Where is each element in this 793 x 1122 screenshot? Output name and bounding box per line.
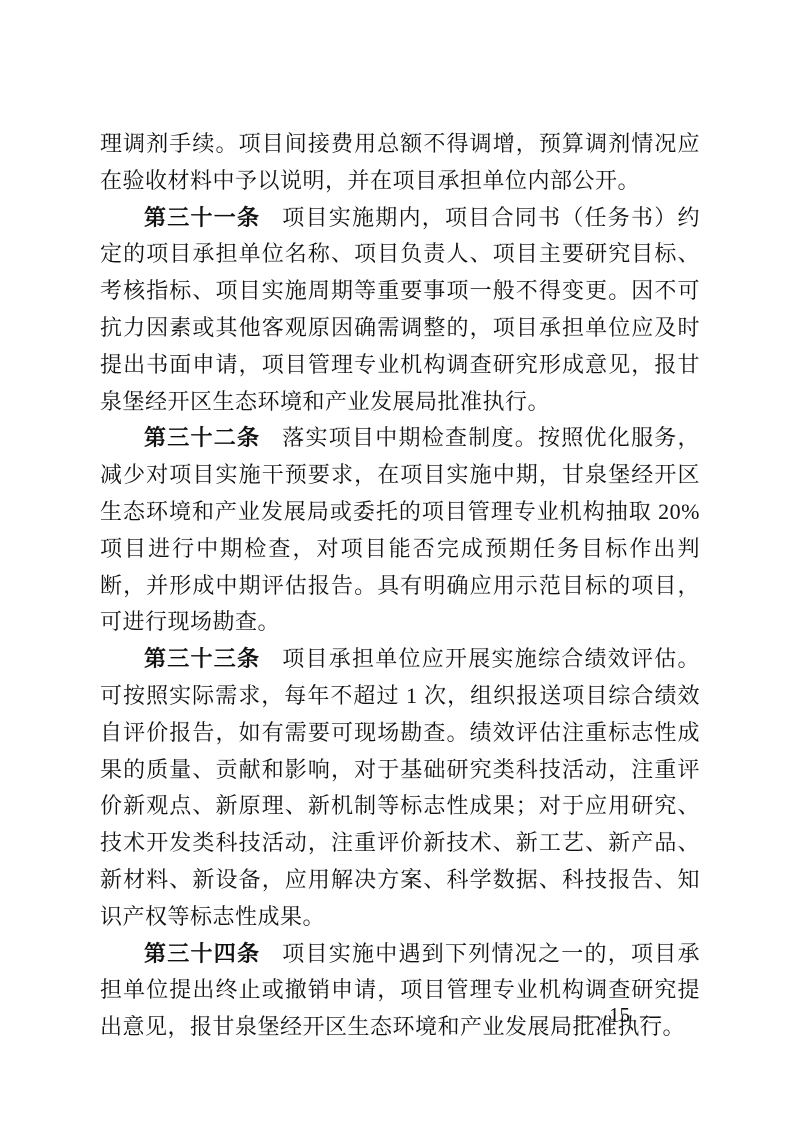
article-number: 第三十一条: [144, 205, 260, 230]
footer-left-dash: —: [578, 1003, 599, 1027]
article-paragraph: 第三十二条落实项目中期检查制度。按照优化服务，减少对项目实施干预要求，在项目实施…: [100, 420, 700, 641]
continuation-paragraph: 理调剂手续。项目间接费用总额不得调增，预算调剂情况应在验收材料中予以说明，并在项…: [100, 126, 700, 200]
article-number: 第三十四条: [144, 941, 260, 966]
document-page: 理调剂手续。项目间接费用总额不得调增，预算调剂情况应在验收材料中予以说明，并在项…: [0, 0, 793, 1122]
paragraph-text: 理调剂手续。项目间接费用总额不得调增，预算调剂情况应在验收材料中予以说明，并在项…: [100, 131, 700, 193]
page-footer: —15—: [568, 1000, 671, 1030]
article-number: 第三十三条: [144, 646, 260, 671]
document-body: 理调剂手续。项目间接费用总额不得调增，预算调剂情况应在验收材料中予以说明，并在项…: [100, 126, 700, 1046]
page-number: 15: [609, 1003, 630, 1027]
paragraph-text: 落实项目中期检查制度。按照优化服务，减少对项目实施干预要求，在项目实施中期，甘泉…: [100, 425, 700, 634]
article-number: 第三十二条: [144, 425, 260, 450]
article-paragraph: 第三十三条项目承担单位应开展实施综合绩效评估。可按照实际需求，每年不超过 1 次…: [100, 641, 700, 935]
paragraph-text: 项目承担单位应开展实施综合绩效评估。可按照实际需求，每年不超过 1 次，组织报送…: [100, 646, 700, 929]
footer-right-dash: —: [640, 1003, 661, 1027]
article-paragraph: 第三十一条项目实施期内，项目合同书（任务书）约定的项目承担单位名称、项目负责人、…: [100, 200, 700, 421]
paragraph-text: 项目实施期内，项目合同书（任务书）约定的项目承担单位名称、项目负责人、项目主要研…: [100, 205, 700, 414]
